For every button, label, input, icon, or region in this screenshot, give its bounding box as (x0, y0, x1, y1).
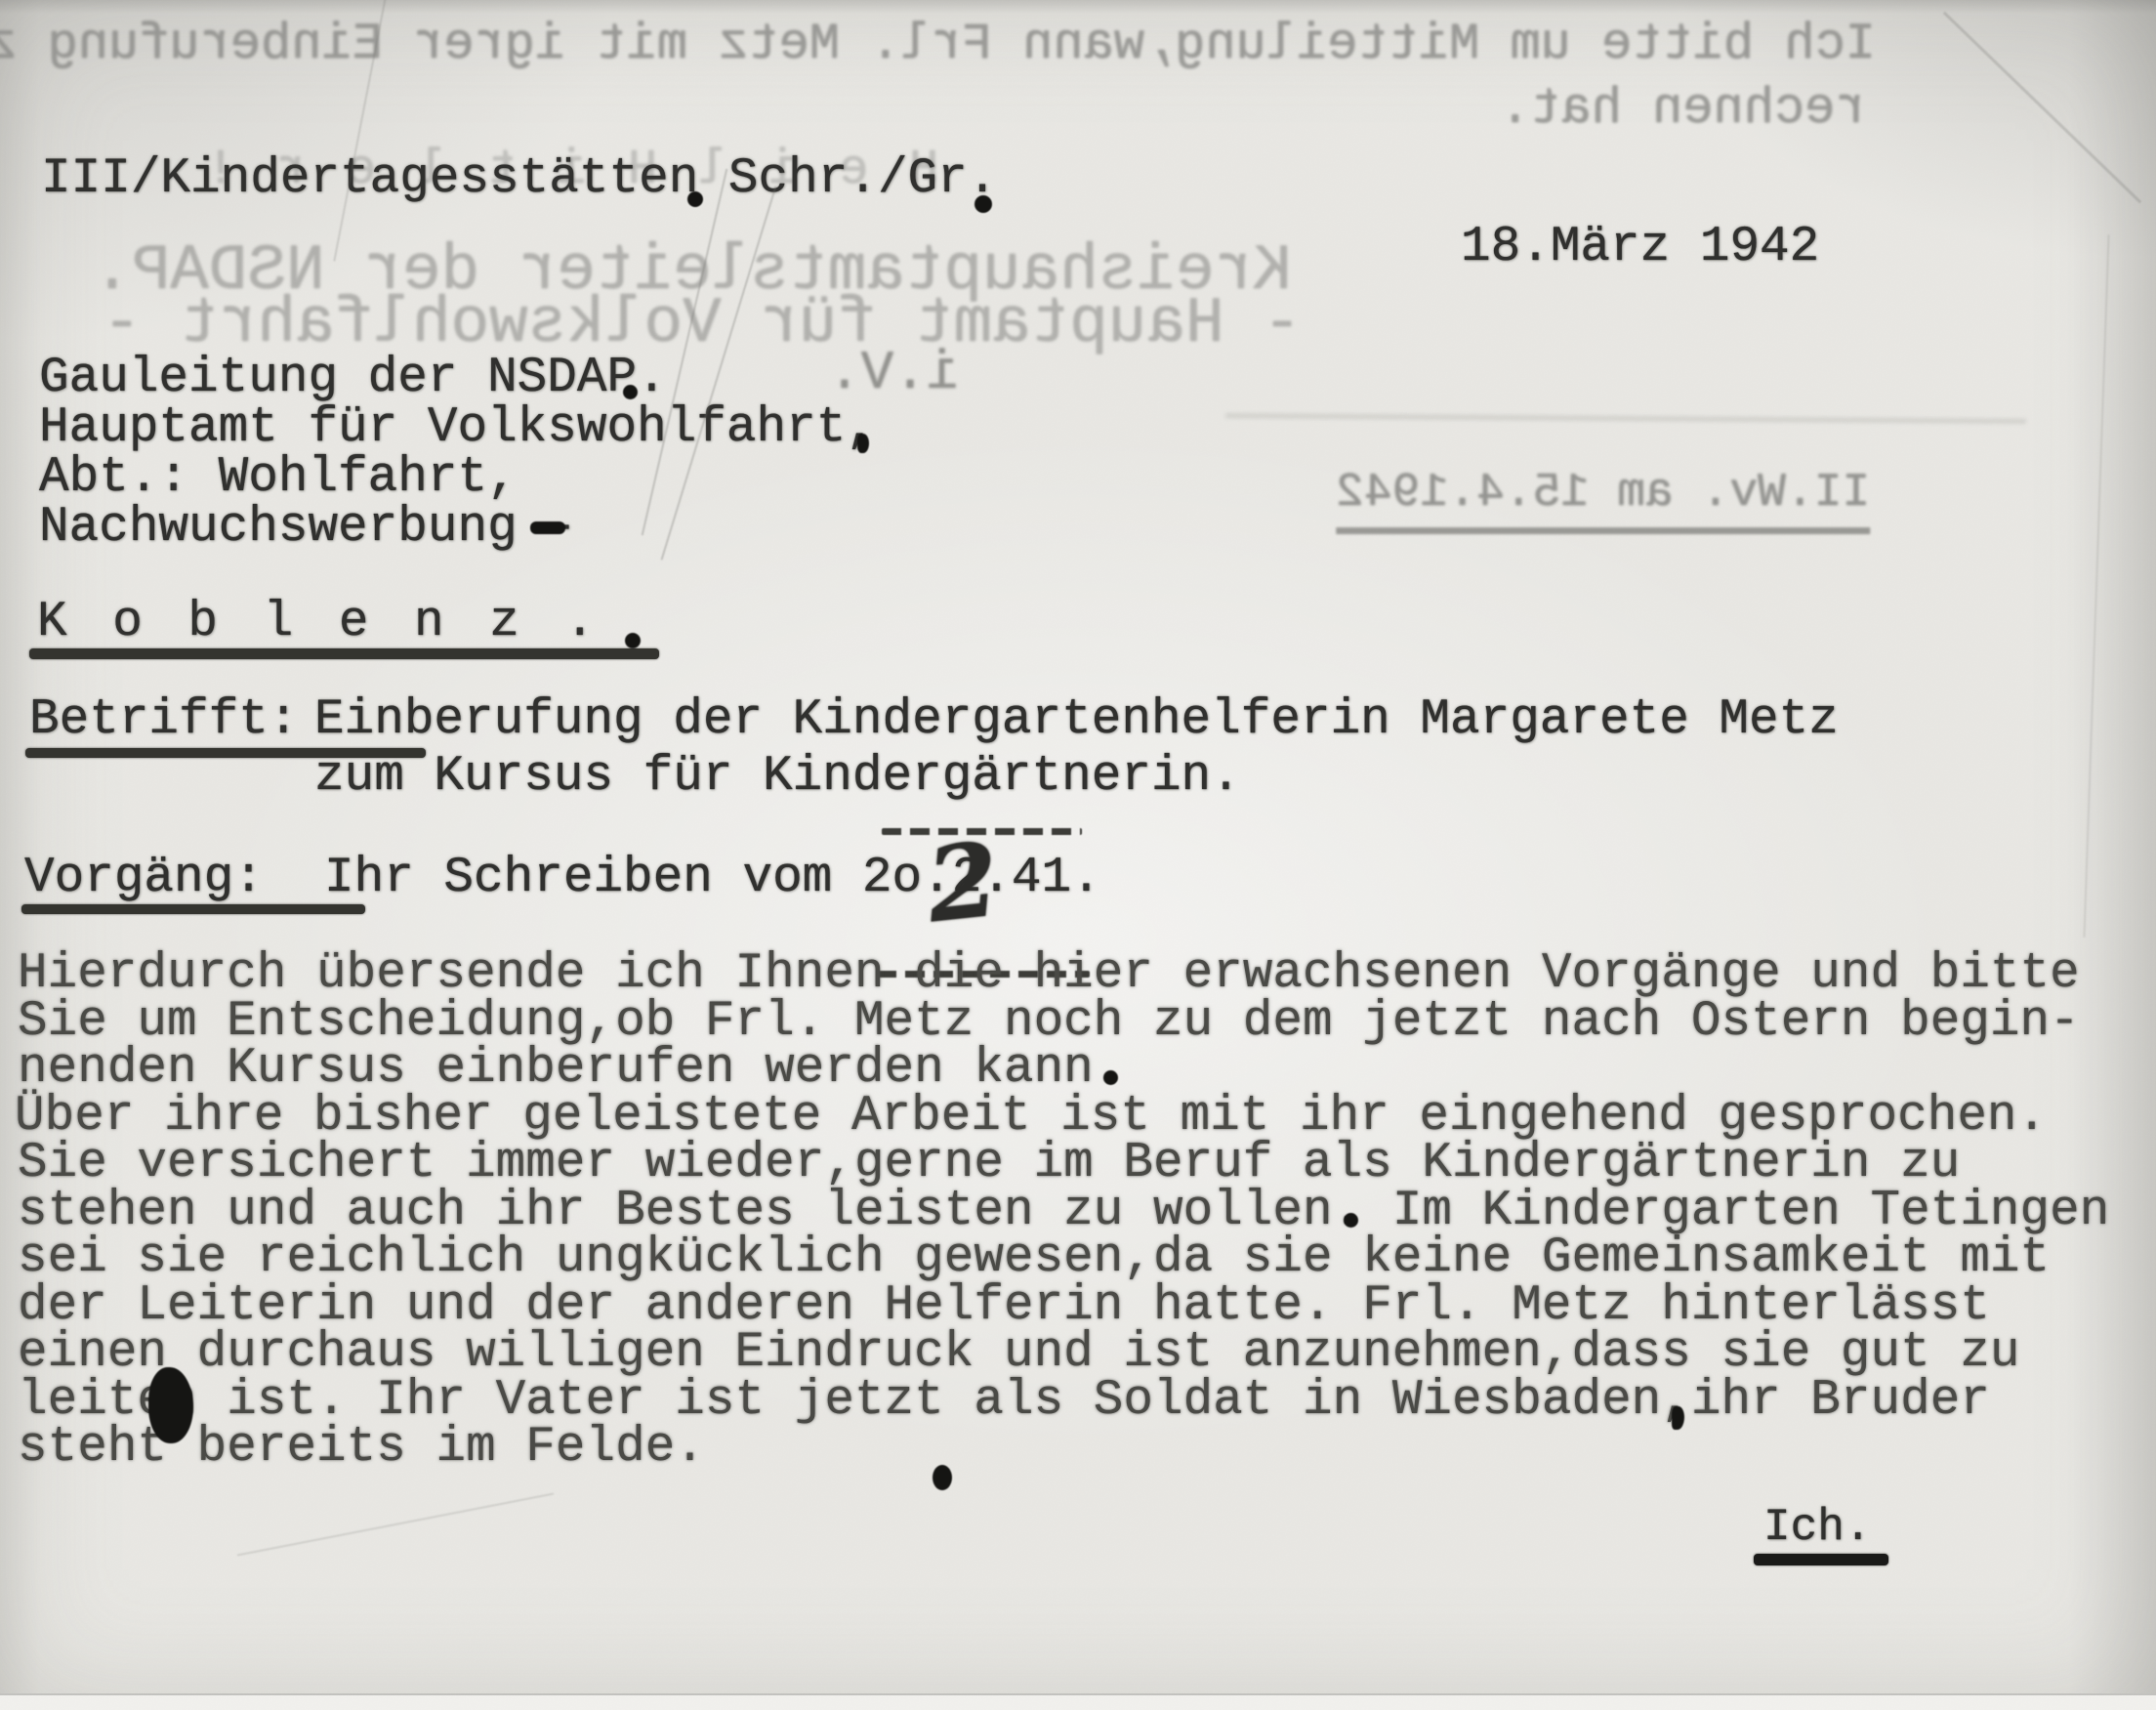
scanned-letter: Ich bitte um Mitteilung,wann Frl. Metz m… (0, 0, 2156, 1710)
paper-texture (0, 0, 2156, 1710)
